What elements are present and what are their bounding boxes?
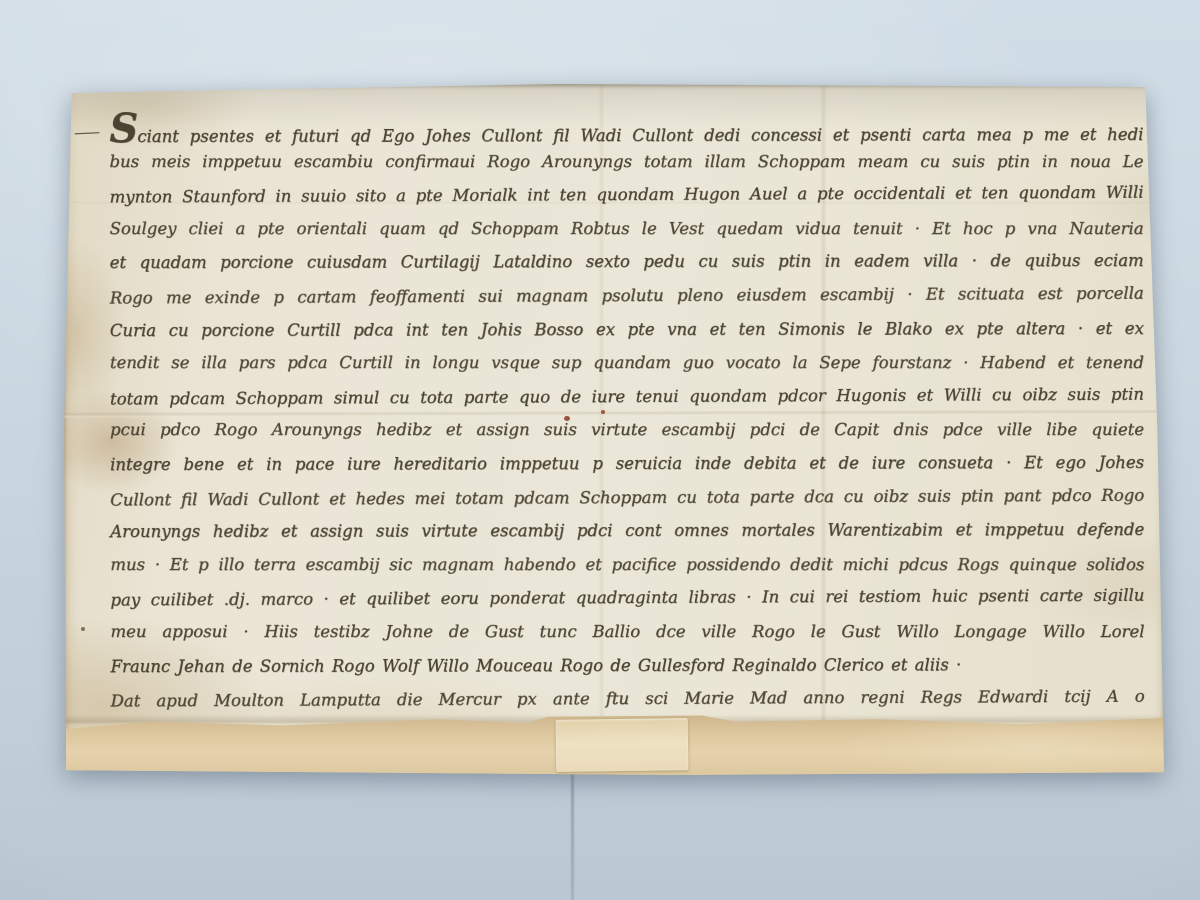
manuscript-line: pcui pdco Rogo Arounyngs hedibz et assig… bbox=[110, 413, 1144, 447]
manuscript-line: totam pdcam Schoppam simul cu tota parte… bbox=[110, 377, 1144, 415]
manuscript-line: Dat apud Moulton Lamputta die Mercur px … bbox=[111, 680, 1145, 718]
manuscript-text: Sciant psentes et futuri qd Ego Johes Cu… bbox=[109, 110, 1144, 717]
manuscript-line: Sciant psentes et futuri qd Ego Johes Cu… bbox=[109, 110, 1143, 146]
manuscript-line: Fraunc Jehan de Sornich Rogo Wolf Willo … bbox=[110, 647, 1144, 683]
manuscript-line: Curia cu porcione Curtill pdca int ten J… bbox=[110, 311, 1144, 347]
seal-tag bbox=[556, 718, 689, 772]
margin-flourish: — bbox=[72, 121, 101, 143]
manuscript-line: mus · Et p illo terra escambij sic magna… bbox=[110, 548, 1144, 582]
manuscript-line: pay cuilibet .dj. marco · et quilibet eo… bbox=[110, 579, 1144, 617]
manuscript-line: Arounyngs hedibz et assign suis virtute … bbox=[110, 513, 1144, 549]
manuscript-line: et quadam porcione cuiusdam Curtilagij L… bbox=[110, 244, 1144, 280]
manuscript-line: mynton Staunford in suuio sito a pte Mor… bbox=[109, 176, 1143, 214]
manuscript-line: meu apposui · Hiis testibz Johne de Gust… bbox=[110, 615, 1144, 649]
manuscript-line: bus meis imppetuu escambiu confirmaui Ro… bbox=[109, 145, 1143, 179]
manuscript-line: Rogo me exinde p cartam feoffamenti sui … bbox=[110, 277, 1144, 315]
manuscript-line: tendit se illa pars pdca Curtill in long… bbox=[110, 346, 1144, 380]
parchment: — Sciant psentes et futuri qd Ego Johes … bbox=[64, 84, 1164, 775]
ink-speck bbox=[81, 627, 85, 631]
parchment-shadow-wrap: — Sciant psentes et futuri qd Ego Johes … bbox=[0, 0, 1200, 900]
manuscript-line: Cullont fil Wadi Cullont et hedes mei to… bbox=[110, 478, 1144, 516]
manuscript-line: Soulgey cliei a pte orientali quam qd Sc… bbox=[110, 212, 1144, 246]
manuscript-line: integre bene et in pace iure hereditario… bbox=[110, 446, 1144, 482]
photo-background: — Sciant psentes et futuri qd Ego Johes … bbox=[0, 0, 1200, 900]
